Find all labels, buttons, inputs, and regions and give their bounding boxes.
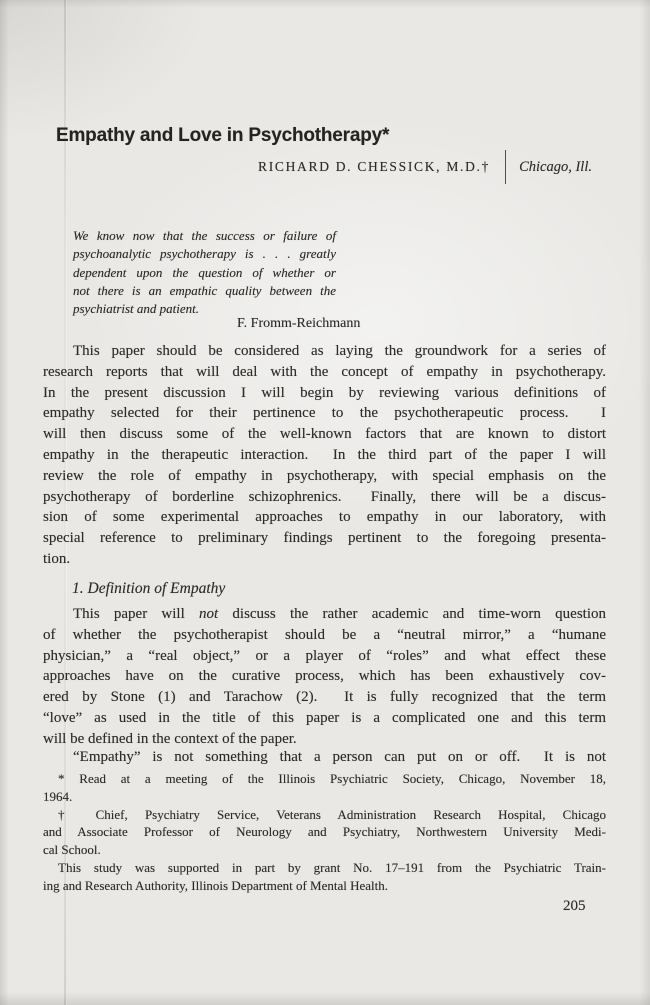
text-run: discuss the rather academic and time-wor… (218, 606, 606, 622)
text-line: sion of some experimental approaches to … (43, 507, 606, 528)
text-line: In the present discussion I will begin b… (43, 383, 606, 404)
text-line: This paper should be considered as layin… (43, 341, 606, 362)
text-line: cal School. (43, 841, 606, 859)
text-line: This study was supported in part by gran… (43, 859, 606, 877)
text-line: psychotherapy of borderline schizophreni… (43, 487, 606, 508)
text-line: empathy selected for their pertinence to… (43, 403, 606, 424)
paragraph-definition-continued: of whether the psychotherapist should be… (43, 625, 606, 750)
footnote-grant-support: This study was supported in part by gran… (43, 859, 606, 895)
section-heading-definition-of-empathy: 1. Definition of Empathy (72, 580, 225, 598)
text-line: research reports that will deal with the… (43, 362, 606, 383)
text-line: ered by Stone (1) and Tarachow (2). It i… (43, 687, 606, 708)
text-line: and Associate Professor of Neurology and… (43, 823, 606, 841)
text-line: physician,” a “real object,” or a player… (43, 646, 606, 667)
text-line: of whether the psychotherapist should be… (43, 625, 606, 646)
page-number: 205 (563, 898, 586, 915)
text-line: † Chief, Psychiatry Service, Veterans Ad… (43, 806, 606, 824)
text-line: will then discuss some of the well-known… (43, 424, 606, 445)
text-line: empathy in the therapeutic interaction. … (43, 445, 606, 466)
text-line: 1964. (43, 788, 606, 806)
author-name: RICHARD D. CHESSICK, M.D.† (258, 159, 490, 175)
text-line: We know now that the success or failure … (73, 227, 336, 245)
scanned-paper-page: Empathy and Love in Psychotherapy* RICHA… (0, 0, 650, 1005)
paragraph-definition: This paper will not discuss the rather a… (43, 604, 606, 750)
text-line: dependent upon the question of whether o… (73, 264, 336, 282)
text-line: ing and Research Authority, Illinois Dep… (43, 877, 606, 895)
paragraph-empathy-start: “Empathy” is not something that a person… (43, 747, 606, 768)
text-line: special reference to preliminary finding… (43, 528, 606, 549)
paper-title: Empathy and Love in Psychotherapy* (56, 125, 389, 147)
text-line: * Read at a meeting of the Illinois Psyc… (43, 770, 606, 788)
text-line: “Empathy” is not something that a person… (43, 747, 606, 768)
text-line: tion. (43, 549, 606, 570)
text-line: review the role of empathy in psychother… (43, 466, 606, 487)
emphasized-word: not (199, 606, 218, 622)
text-run: This paper will (73, 606, 199, 622)
author-location-divider (505, 150, 506, 184)
epigraph-quote: We know now that the success or failure … (73, 227, 336, 318)
text-line: “love” as used in the title of this pape… (43, 708, 606, 729)
text-line: This paper will not discuss the rather a… (43, 604, 606, 625)
author-byline: RICHARD D. CHESSICK, M.D.† Chicago, Ill. (43, 150, 592, 184)
footnotes-block: * Read at a meeting of the Illinois Psyc… (43, 770, 606, 895)
text-line: approaches have on the curative process,… (43, 666, 606, 687)
text-line: not there is an empathic quality between… (73, 282, 336, 300)
epigraph-attribution: F. Fromm-Reichmann (237, 316, 360, 332)
paragraph-introduction: This paper should be considered as layin… (43, 341, 606, 570)
author-location: Chicago, Ill. (519, 159, 592, 176)
footnote-author-affiliation: † Chief, Psychiatry Service, Veterans Ad… (43, 806, 606, 859)
text-line: psychoanalytic psychotherapy is . . . gr… (73, 245, 336, 263)
footnote-read-at-meeting: * Read at a meeting of the Illinois Psyc… (43, 770, 606, 806)
